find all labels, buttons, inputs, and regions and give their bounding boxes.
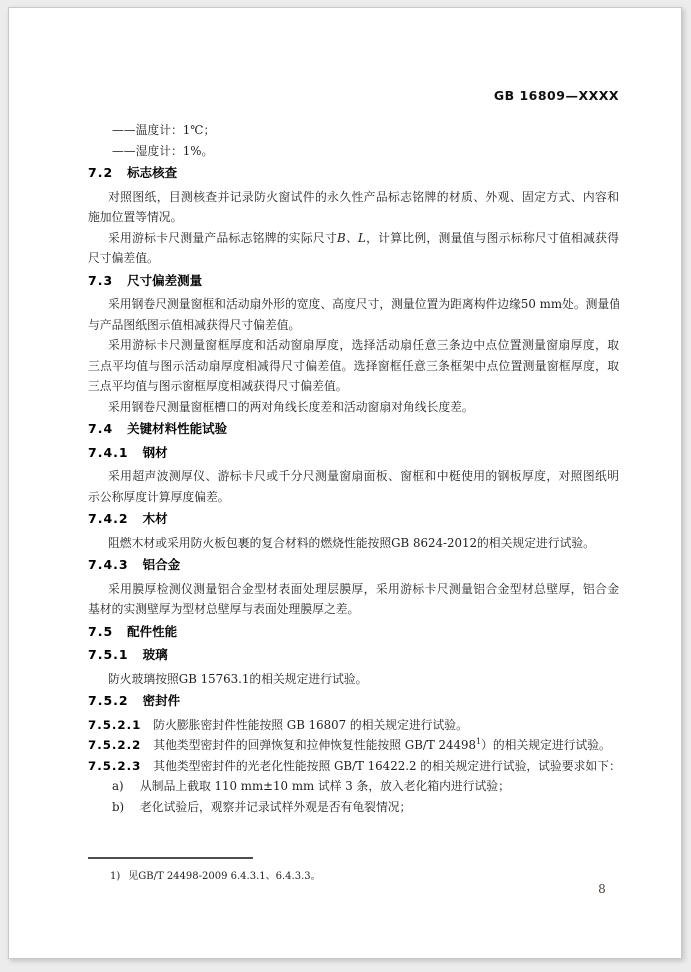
ordered-list-item-a: a)从制品上截取 110 mm±10 mm 试样 3 条，放入老化箱内进行试验； [88,776,619,797]
tolerance-dash-list: ——温度计：1℃； ——湿度计：1%。 [88,120,619,161]
section-number: 7.3 [88,273,113,288]
section-heading-7-4-1: 7.4.1钢材 [88,443,619,464]
paragraph-line: 采用游标卡尺测量窗框厚度和活动窗扇厚度，选择活动扇任意三条边中点位置测量窗扇厚度… [88,335,619,356]
section-heading-7-3: 7.3尺寸偏差测量 [88,271,619,292]
paragraph-line: 施加位置等情况。 [88,207,619,228]
clause-text: 其他类型密封件的回弹恢复和拉伸恢复性能按照 GB/T 24498 [153,738,476,752]
section-number: 7.5.1 [88,647,129,662]
paragraph-line: 与产品图纸图示值相减获得尺寸偏差值。 [88,315,619,336]
footnote-text: 见GB/T 24498-2009 6.4.3.1、6.4.3.3。 [128,871,320,882]
section-number: 7.2 [88,165,113,180]
section-number: 7.5 [88,624,113,639]
doc-code-header: GB 16809—XXXX [88,88,619,103]
section-heading-7-4-3: 7.4.3铝合金 [88,555,619,576]
paragraph-line: 对照图纸，目测核查并记录防火窗试件的永久性产品标志铭牌的材质、外观、固定方式、内… [88,187,619,208]
section-title: 木材 [143,511,168,526]
variable-symbols: B、L [337,231,366,245]
paragraph-line: 示公称厚度计算厚度偏差。 [88,487,619,508]
paragraph-line: 三点平均值与图示窗框厚度相减获得尺寸偏差值。 [88,376,619,397]
section-title: 玻璃 [143,647,168,662]
section-number: 7.4 [88,421,113,436]
clause-text: ）的相关规定进行试验。 [481,738,611,752]
section-title: 尺寸偏差测量 [127,273,202,288]
paragraph-line: 采用超声波测厚仪、游标卡尺或千分尺测量窗扇面板、窗框和中梃使用的钢板厚度，对照图… [88,466,619,487]
paragraph-line: 基材的实测壁厚为型材总壁厚与表面处理膜厚之差。 [88,599,619,620]
page-number: 8 [595,882,609,896]
page-content: GB 16809—XXXX ——温度计：1℃； ——湿度计：1%。 7.2标志核… [88,88,619,817]
dash-list-item-thermometer: ——温度计：1℃； [88,120,619,141]
footnote-separator-rule [88,857,253,859]
clause-number: 7.5.2.2 [88,738,141,752]
list-item-text: 老化试验后，观察并记录试样外观是否有龟裂情况； [140,800,411,814]
clause-text: 防火膨胀密封件性能按照 GB 16807 的相关规定进行试验。 [153,718,468,732]
section-title: 配件性能 [127,624,177,639]
dash-list-item-hygrometer: ——湿度计：1%。 [88,141,619,162]
clause-number: 7.5.2.1 [88,718,141,732]
paragraph-line: 采用钢卷尺测量窗框槽口的两对角线长度差和活动窗扇对角线长度差。 [88,397,619,418]
section-title: 关键材料性能试验 [127,421,227,436]
list-marker: b) [112,797,140,818]
section-heading-7-5-2: 7.5.2密封件 [88,691,619,712]
document-viewer-background: GB 16809—XXXX ——温度计：1℃； ——湿度计：1%。 7.2标志核… [0,0,691,972]
paragraph-line: 采用膜厚检测仪测量铝合金型材表面处理层膜厚，采用游标卡尺测量铝合金型材总壁厚，铝… [88,579,619,600]
section-title: 铝合金 [143,557,181,572]
section-number: 7.4.2 [88,511,129,526]
section-heading-7-5-1: 7.5.1玻璃 [88,645,619,666]
section-number: 7.4.3 [88,557,129,572]
text-run: ，计算比例，测量值与图示标称尺寸值相减获得 [366,231,619,245]
section-title: 钢材 [143,445,168,460]
section-number: 7.4.1 [88,445,129,460]
clause-number: 7.5.2.3 [88,759,141,773]
clause-line-7-5-2-3: 7.5.2.3其他类型密封件的光老化性能按照 GB/T 16422.2 的相关规… [88,756,619,777]
section-heading-7-5: 7.5配件性能 [88,622,619,643]
section-title: 密封件 [143,693,181,708]
clause-text: 其他类型密封件的光老化性能按照 GB/T 16422.2 的相关规定进行试验，试… [153,759,619,773]
ordered-list-item-b: b)老化试验后，观察并记录试样外观是否有龟裂情况； [88,797,619,818]
list-marker: a) [112,776,140,797]
paragraph-line: 尺寸偏差值。 [88,248,619,269]
paragraph-line: 防火玻璃按照GB 15763.1的相关规定进行试验。 [88,669,619,690]
clause-line-7-5-2-1: 7.5.2.1防火膨胀密封件性能按照 GB 16807 的相关规定进行试验。 [88,715,619,736]
paragraph-line: 三点平均值与图示活动扇厚度相减得尺寸偏差值。选择窗框任意三条框架中点位置测量窗框… [88,356,619,377]
section-title: 标志核查 [127,165,177,180]
paragraph-line: 采用游标卡尺测量产品标志铭牌的实际尺寸B、L，计算比例，测量值与图示标称尺寸值相… [88,228,619,249]
list-item-text: 从制品上截取 110 mm±10 mm 试样 3 条，放入老化箱内进行试验； [140,779,510,793]
document-page: GB 16809—XXXX ——温度计：1℃； ——湿度计：1%。 7.2标志核… [8,7,682,959]
section-number: 7.5.2 [88,693,129,708]
footnote: 1)见GB/T 24498-2009 6.4.3.1、6.4.3.3。 [110,870,321,883]
clause-line-7-5-2-2: 7.5.2.2其他类型密封件的回弹恢复和拉伸恢复性能按照 GB/T 244981… [88,735,619,756]
section-heading-7-4: 7.4关键材料性能试验 [88,419,619,440]
text-run: 采用游标卡尺测量产品标志铭牌的实际尺寸 [108,231,337,245]
section-heading-7-2: 7.2标志核查 [88,163,619,184]
section-heading-7-4-2: 7.4.2木材 [88,509,619,530]
paragraph-line: 阻燃木材或采用防火板包裹的复合材料的燃烧性能按照GB 8624-2012的相关规… [88,533,619,554]
paragraph-line: 采用钢卷尺测量窗框和活动扇外形的宽度、高度尺寸，测量位置为距离构件边缘50 mm… [88,294,619,315]
footnote-marker: 1) [110,871,120,882]
